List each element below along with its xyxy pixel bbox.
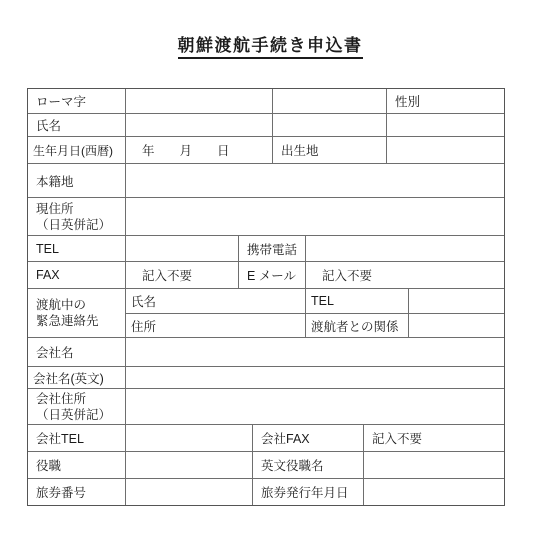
- emergency-contact-label-line2: 緊急連絡先: [36, 314, 99, 328]
- emergency-contact-label: 渡航中の 緊急連絡先: [28, 289, 126, 337]
- emergency-tel-label: TEL: [306, 289, 409, 313]
- row-registered-domicile: 本籍地: [28, 164, 504, 198]
- birthplace-field[interactable]: [387, 137, 504, 163]
- tel-label: TEL: [28, 236, 126, 261]
- page-title-text: 朝鮮渡航手続き申込書: [178, 31, 363, 59]
- row-romaji: ローマ字 性別: [28, 89, 504, 114]
- application-form-page: 朝鮮渡航手続き申込書 ローマ字 性別 氏名 生年月日(西暦) 年 月 日 出生地…: [0, 0, 540, 533]
- name-field-1[interactable]: [126, 114, 273, 136]
- row-company-name: 会社名: [28, 338, 504, 367]
- position-label: 役職: [28, 452, 126, 478]
- row-company-name-en: 会社名(英文): [28, 367, 504, 389]
- mobile-label: 携帯電話: [239, 236, 306, 261]
- passport-number-field[interactable]: [126, 479, 253, 505]
- emergency-contact-label-line1: 渡航中の: [36, 298, 86, 312]
- birthplace-label: 出生地: [273, 137, 387, 163]
- company-name-en-field[interactable]: [126, 367, 504, 388]
- romaji-field-2[interactable]: [273, 89, 387, 113]
- row-emergency-contact: 渡航中の 緊急連絡先 氏名 TEL 住所 渡航者との関係: [28, 289, 504, 338]
- company-tel-field[interactable]: [126, 425, 253, 451]
- application-form-table: ローマ字 性別 氏名 生年月日(西暦) 年 月 日 出生地 本籍地: [27, 88, 505, 506]
- emergency-address-label: 住所: [126, 314, 306, 337]
- row-name: 氏名: [28, 114, 504, 137]
- company-name-label: 会社名: [28, 338, 126, 366]
- current-address-label-line1: 現住所: [36, 202, 74, 216]
- fax-label: FAX: [28, 262, 126, 288]
- row-tel: TEL 携帯電話: [28, 236, 504, 262]
- row-current-address: 現住所 （日英併記）: [28, 198, 504, 236]
- current-address-field[interactable]: [126, 198, 504, 235]
- row-passport: 旅券番号 旅券発行年月日: [28, 479, 504, 505]
- registered-domicile-field[interactable]: [126, 164, 504, 197]
- company-address-label-line2: （日英併記）: [36, 408, 111, 422]
- company-name-field[interactable]: [126, 338, 504, 366]
- company-fax-value: 記入不要: [364, 425, 430, 451]
- company-address-label-line1: 会社住所: [36, 392, 86, 406]
- company-tel-label: 会社TEL: [28, 425, 126, 451]
- birthdate-field[interactable]: 年 月 日: [126, 137, 273, 163]
- mobile-field[interactable]: [306, 236, 504, 261]
- name-label: 氏名: [28, 114, 126, 136]
- row-company-address: 会社住所 （日英併記）: [28, 389, 504, 425]
- email-value: 記入不要: [306, 262, 380, 288]
- emergency-contact-subrow-2: 住所 渡航者との関係: [126, 314, 504, 337]
- emergency-name-label: 氏名: [126, 289, 306, 313]
- emergency-contact-subrow-1: 氏名 TEL: [126, 289, 504, 314]
- passport-issue-date-field[interactable]: [364, 479, 504, 505]
- gender-field[interactable]: [387, 114, 504, 136]
- row-company-tel: 会社TEL 会社FAX 記入不要: [28, 425, 504, 452]
- company-address-field[interactable]: [126, 389, 504, 424]
- emergency-contact-subgrid: 氏名 TEL 住所 渡航者との関係: [126, 289, 504, 337]
- name-field-2[interactable]: [273, 114, 387, 136]
- current-address-label-line2: （日英併記）: [36, 218, 111, 232]
- company-address-label: 会社住所 （日英併記）: [28, 389, 126, 424]
- passport-number-label: 旅券番号: [28, 479, 126, 505]
- position-field[interactable]: [126, 452, 253, 478]
- romaji-field-1[interactable]: [126, 89, 273, 113]
- romaji-label: ローマ字: [28, 89, 126, 113]
- company-name-en-label: 会社名(英文): [28, 367, 126, 388]
- emergency-relation-label: 渡航者との関係: [306, 314, 409, 337]
- company-fax-label: 会社FAX: [253, 425, 364, 451]
- birthdate-label: 生年月日(西暦): [28, 137, 126, 163]
- registered-domicile-label: 本籍地: [28, 164, 126, 197]
- gender-label: 性別: [387, 89, 504, 113]
- row-position: 役職 英文役職名: [28, 452, 504, 479]
- emergency-relation-field[interactable]: [409, 314, 504, 337]
- row-fax: FAX 記入不要 E メール 記入不要: [28, 262, 504, 289]
- fax-value: 記入不要: [126, 262, 239, 288]
- current-address-label: 現住所 （日英併記）: [28, 198, 126, 235]
- passport-issue-date-label: 旅券発行年月日: [253, 479, 364, 505]
- position-en-label: 英文役職名: [253, 452, 364, 478]
- row-birthdate: 生年月日(西暦) 年 月 日 出生地: [28, 137, 504, 164]
- email-label: E メール: [239, 262, 306, 288]
- tel-field[interactable]: [126, 236, 239, 261]
- emergency-tel-field[interactable]: [409, 289, 504, 313]
- page-title: 朝鮮渡航手続き申込書: [0, 31, 540, 59]
- position-en-field[interactable]: [364, 452, 504, 478]
